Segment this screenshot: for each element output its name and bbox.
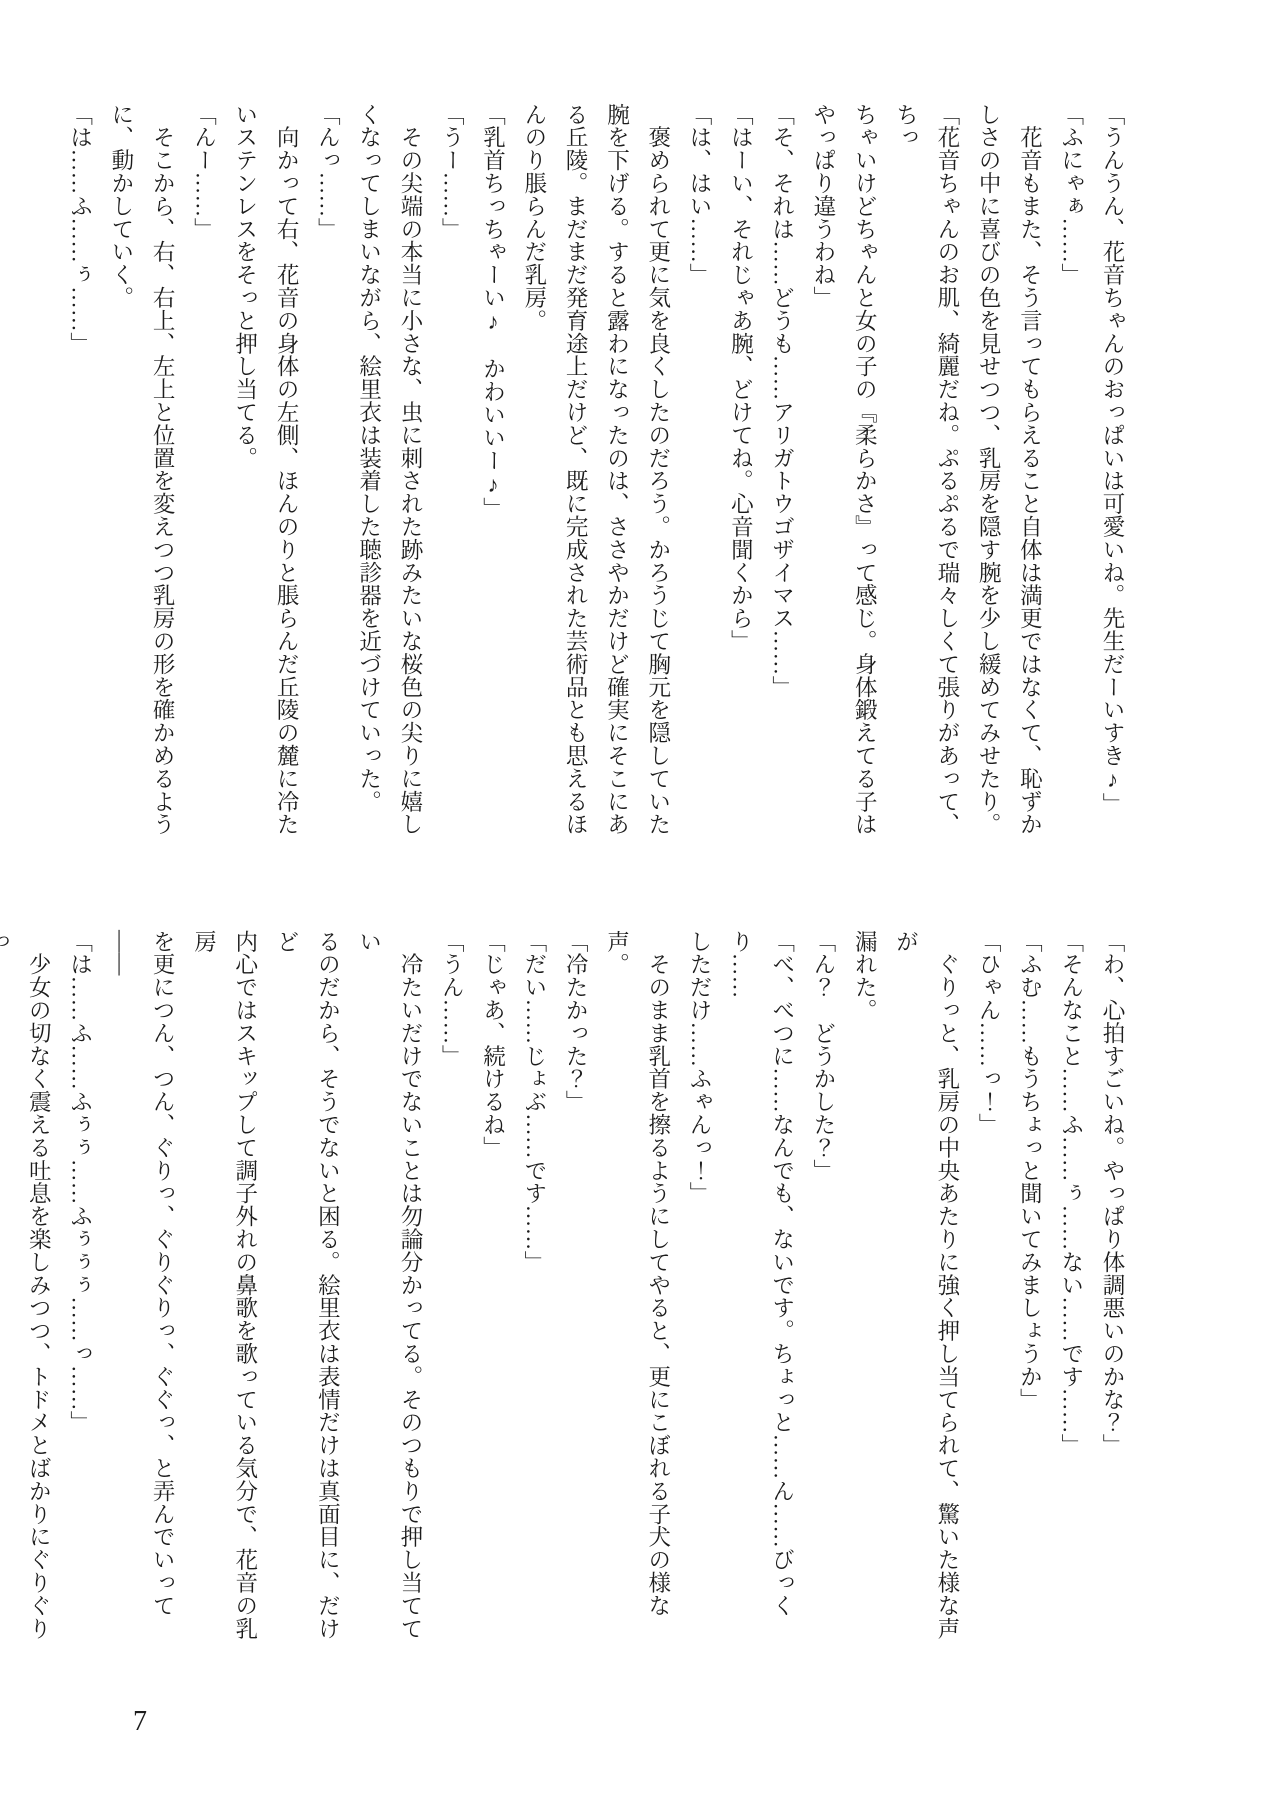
novel-page: 「うんうん、花音ちゃんのおっぱいは可愛いね。先生だーいすき♪」 「ふにゃぁ……」… bbox=[0, 0, 1275, 1800]
page-number: 7 bbox=[133, 1706, 147, 1738]
vertical-text-block-bottom: 「わ、心拍すごいね。やっぱり体調悪いのかな？」 「そんなこと……ふ……ぅ……ない… bbox=[99, 930, 1133, 1652]
vertical-text-block-top: 「うんうん、花音ちゃんのおっぱいは可愛いね。先生だーいすき♪」 「ふにゃぁ……」… bbox=[99, 103, 1133, 845]
